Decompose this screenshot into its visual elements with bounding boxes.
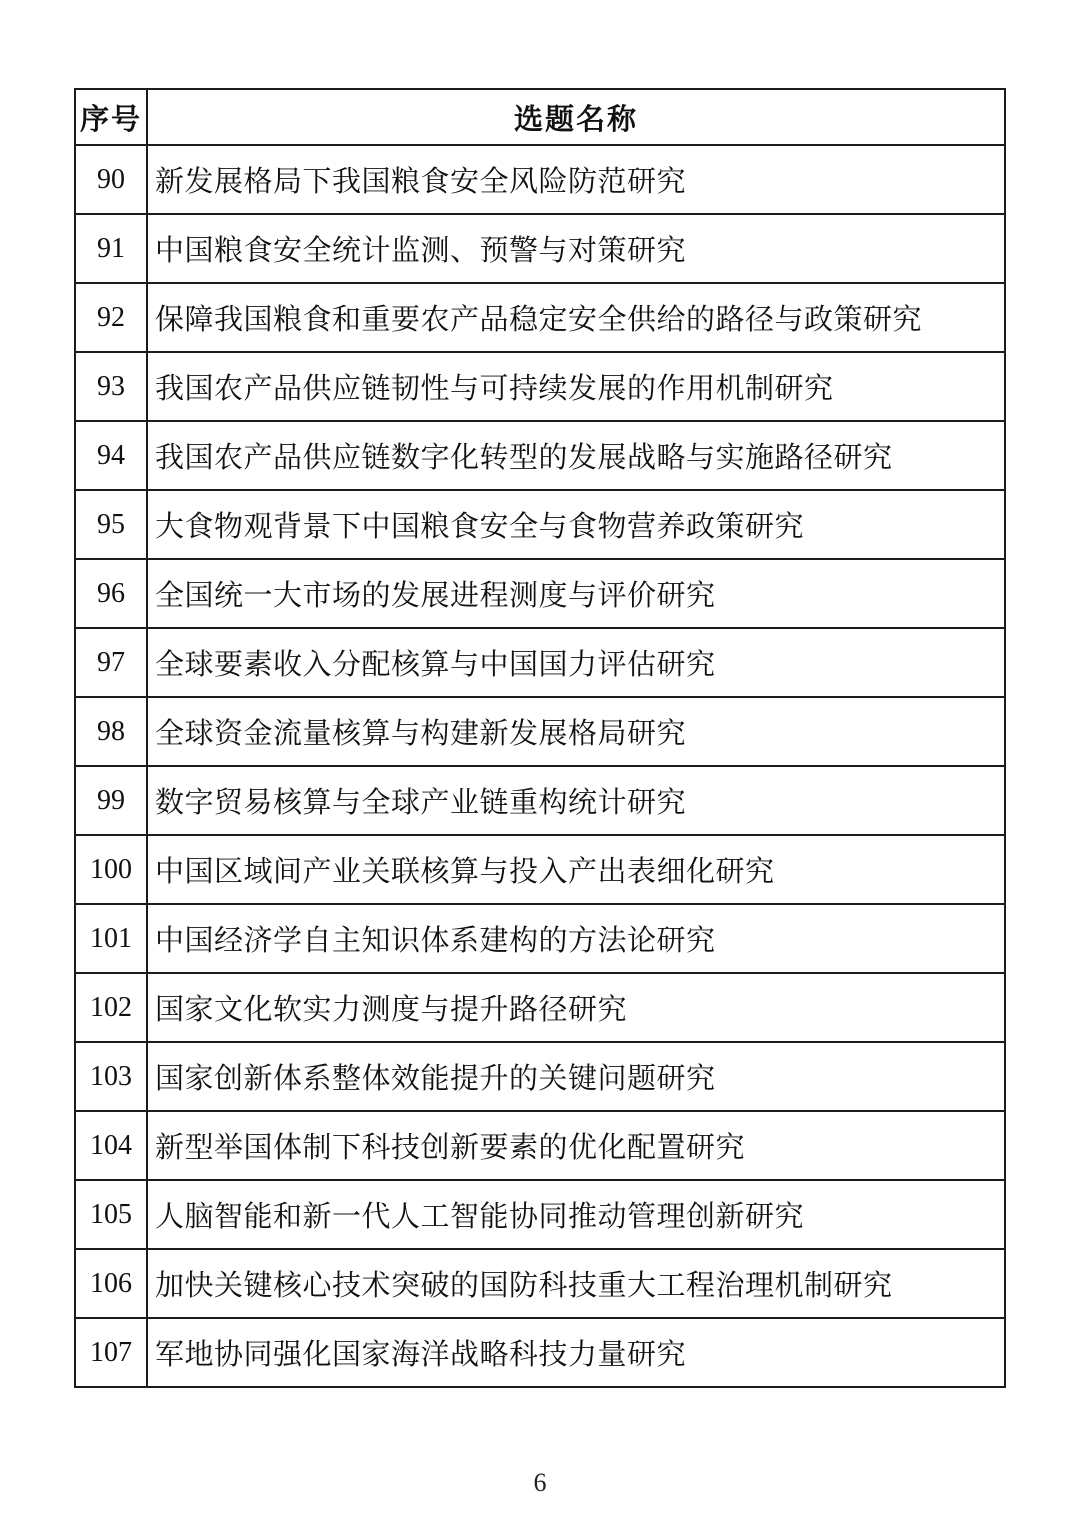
table-header-row: 序号 选题名称 — [75, 89, 1005, 145]
table-row: 94 我国农产品供应链数字化转型的发展战略与实施路径研究 — [75, 421, 1005, 490]
row-title-cell: 我国农产品供应链韧性与可持续发展的作用机制研究 — [147, 352, 1005, 421]
row-index-cell: 99 — [75, 766, 147, 835]
row-title-cell: 新发展格局下我国粮食安全风险防范研究 — [147, 145, 1005, 214]
topics-table: 序号 选题名称 90 新发展格局下我国粮食安全风险防范研究 91 中国粮食安全统… — [74, 88, 1006, 1388]
table-row: 95 大食物观背景下中国粮食安全与食物营养政策研究 — [75, 490, 1005, 559]
table-row: 101 中国经济学自主知识体系建构的方法论研究 — [75, 904, 1005, 973]
row-index-cell: 106 — [75, 1249, 147, 1318]
table-row: 92 保障我国粮食和重要农产品稳定安全供给的路径与政策研究 — [75, 283, 1005, 352]
row-index-cell: 94 — [75, 421, 147, 490]
table-row: 91 中国粮食安全统计监测、预警与对策研究 — [75, 214, 1005, 283]
table-row: 96 全国统一大市场的发展进程测度与评价研究 — [75, 559, 1005, 628]
row-index-cell: 90 — [75, 145, 147, 214]
row-title-cell: 全国统一大市场的发展进程测度与评价研究 — [147, 559, 1005, 628]
row-index-cell: 91 — [75, 214, 147, 283]
table-row: 98 全球资金流量核算与构建新发展格局研究 — [75, 697, 1005, 766]
row-title-cell: 国家创新体系整体效能提升的关键问题研究 — [147, 1042, 1005, 1111]
row-index-cell: 95 — [75, 490, 147, 559]
row-index-cell: 105 — [75, 1180, 147, 1249]
table-row: 107 军地协同强化国家海洋战略科技力量研究 — [75, 1318, 1005, 1387]
row-title-cell: 大食物观背景下中国粮食安全与食物营养政策研究 — [147, 490, 1005, 559]
table-row: 106 加快关键核心技术突破的国防科技重大工程治理机制研究 — [75, 1249, 1005, 1318]
row-title-cell: 军地协同强化国家海洋战略科技力量研究 — [147, 1318, 1005, 1387]
row-index-cell: 100 — [75, 835, 147, 904]
table-row: 105 人脑智能和新一代人工智能协同推动管理创新研究 — [75, 1180, 1005, 1249]
row-index-cell: 102 — [75, 973, 147, 1042]
table-row: 97 全球要素收入分配核算与中国国力评估研究 — [75, 628, 1005, 697]
row-title-cell: 全球资金流量核算与构建新发展格局研究 — [147, 697, 1005, 766]
document-page: 序号 选题名称 90 新发展格局下我国粮食安全风险防范研究 91 中国粮食安全统… — [0, 0, 1080, 1528]
table-row: 99 数字贸易核算与全球产业链重构统计研究 — [75, 766, 1005, 835]
table-row: 104 新型举国体制下科技创新要素的优化配置研究 — [75, 1111, 1005, 1180]
column-header-title: 选题名称 — [147, 89, 1005, 145]
table-row: 100 中国区域间产业关联核算与投入产出表细化研究 — [75, 835, 1005, 904]
row-index-cell: 104 — [75, 1111, 147, 1180]
row-title-cell: 数字贸易核算与全球产业链重构统计研究 — [147, 766, 1005, 835]
row-index-cell: 96 — [75, 559, 147, 628]
row-title-cell: 中国经济学自主知识体系建构的方法论研究 — [147, 904, 1005, 973]
row-index-cell: 107 — [75, 1318, 147, 1387]
table-row: 103 国家创新体系整体效能提升的关键问题研究 — [75, 1042, 1005, 1111]
row-index-cell: 101 — [75, 904, 147, 973]
table-row: 102 国家文化软实力测度与提升路径研究 — [75, 973, 1005, 1042]
row-index-cell: 93 — [75, 352, 147, 421]
row-title-cell: 新型举国体制下科技创新要素的优化配置研究 — [147, 1111, 1005, 1180]
column-header-index: 序号 — [75, 89, 147, 145]
row-title-cell: 全球要素收入分配核算与中国国力评估研究 — [147, 628, 1005, 697]
row-title-cell: 中国区域间产业关联核算与投入产出表细化研究 — [147, 835, 1005, 904]
page-number: 6 — [0, 1468, 1080, 1498]
row-index-cell: 92 — [75, 283, 147, 352]
row-title-cell: 人脑智能和新一代人工智能协同推动管理创新研究 — [147, 1180, 1005, 1249]
row-title-cell: 中国粮食安全统计监测、预警与对策研究 — [147, 214, 1005, 283]
row-title-cell: 我国农产品供应链数字化转型的发展战略与实施路径研究 — [147, 421, 1005, 490]
row-index-cell: 97 — [75, 628, 147, 697]
table-row: 93 我国农产品供应链韧性与可持续发展的作用机制研究 — [75, 352, 1005, 421]
table-row: 90 新发展格局下我国粮食安全风险防范研究 — [75, 145, 1005, 214]
row-index-cell: 103 — [75, 1042, 147, 1111]
row-title-cell: 保障我国粮食和重要农产品稳定安全供给的路径与政策研究 — [147, 283, 1005, 352]
row-index-cell: 98 — [75, 697, 147, 766]
row-title-cell: 国家文化软实力测度与提升路径研究 — [147, 973, 1005, 1042]
row-title-cell: 加快关键核心技术突破的国防科技重大工程治理机制研究 — [147, 1249, 1005, 1318]
